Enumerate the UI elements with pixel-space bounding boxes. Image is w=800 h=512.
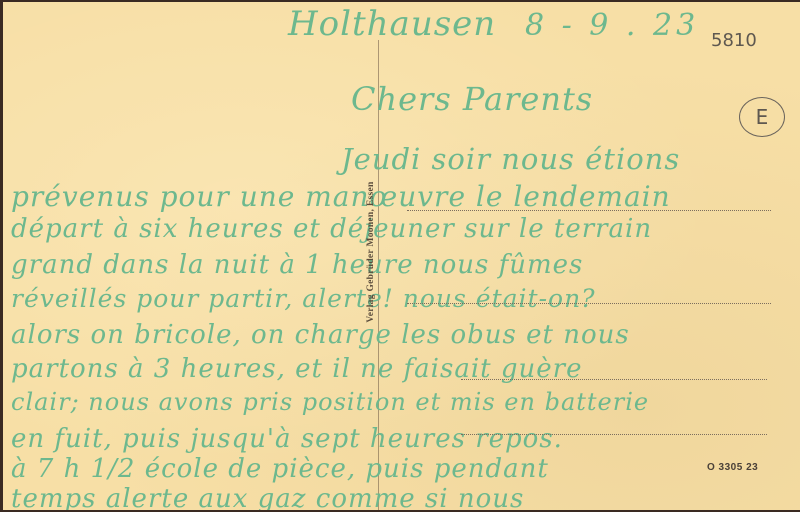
letter-line-9: en fuit, puis jusqu'à sept heures repos. xyxy=(11,424,563,454)
print-code: O 3305 23 xyxy=(707,462,758,473)
letter-line-4: grand dans la nuit à 1 heure nous fûmes xyxy=(11,250,583,280)
postcard-back: Holthausen 8 - 9 . 23 5810 E Chers Paren… xyxy=(3,2,800,510)
address-line-2 xyxy=(407,303,771,304)
letter-line-3: départ à six heures et déjeuner sur le t… xyxy=(11,214,652,244)
letter-line-11: temps alerte aux gaz comme si nous xyxy=(11,484,524,510)
letter-line-10: à 7 h 1/2 école de pièce, puis pendant xyxy=(11,454,549,484)
address-line-1 xyxy=(407,210,771,211)
address-line-4 xyxy=(461,434,767,435)
address-line-3 xyxy=(461,379,767,380)
letter-line-8: clair; nous avons pris position et mis e… xyxy=(11,388,649,416)
publisher-imprint: Verlag Gebrüder Moonen, Essen xyxy=(366,181,376,322)
circled-letter: E xyxy=(756,105,769,129)
letter-line-5: réveillés pour partir, alerte! nous étai… xyxy=(11,284,596,313)
date-header: 8 - 9 . 23 xyxy=(525,8,699,43)
letter-line-1: Jeudi soir nous étions xyxy=(341,142,680,176)
letter-line-6: alors on bricole, on charge les obus et … xyxy=(11,320,630,350)
pencil-number: 5810 xyxy=(711,30,757,51)
greeting: Chers Parents xyxy=(351,80,593,118)
letter-line-2: prévenus pour une manœuvre le lendemain xyxy=(11,180,671,213)
place-header: Holthausen xyxy=(288,4,496,44)
circled-letter-mark: E xyxy=(739,97,785,137)
